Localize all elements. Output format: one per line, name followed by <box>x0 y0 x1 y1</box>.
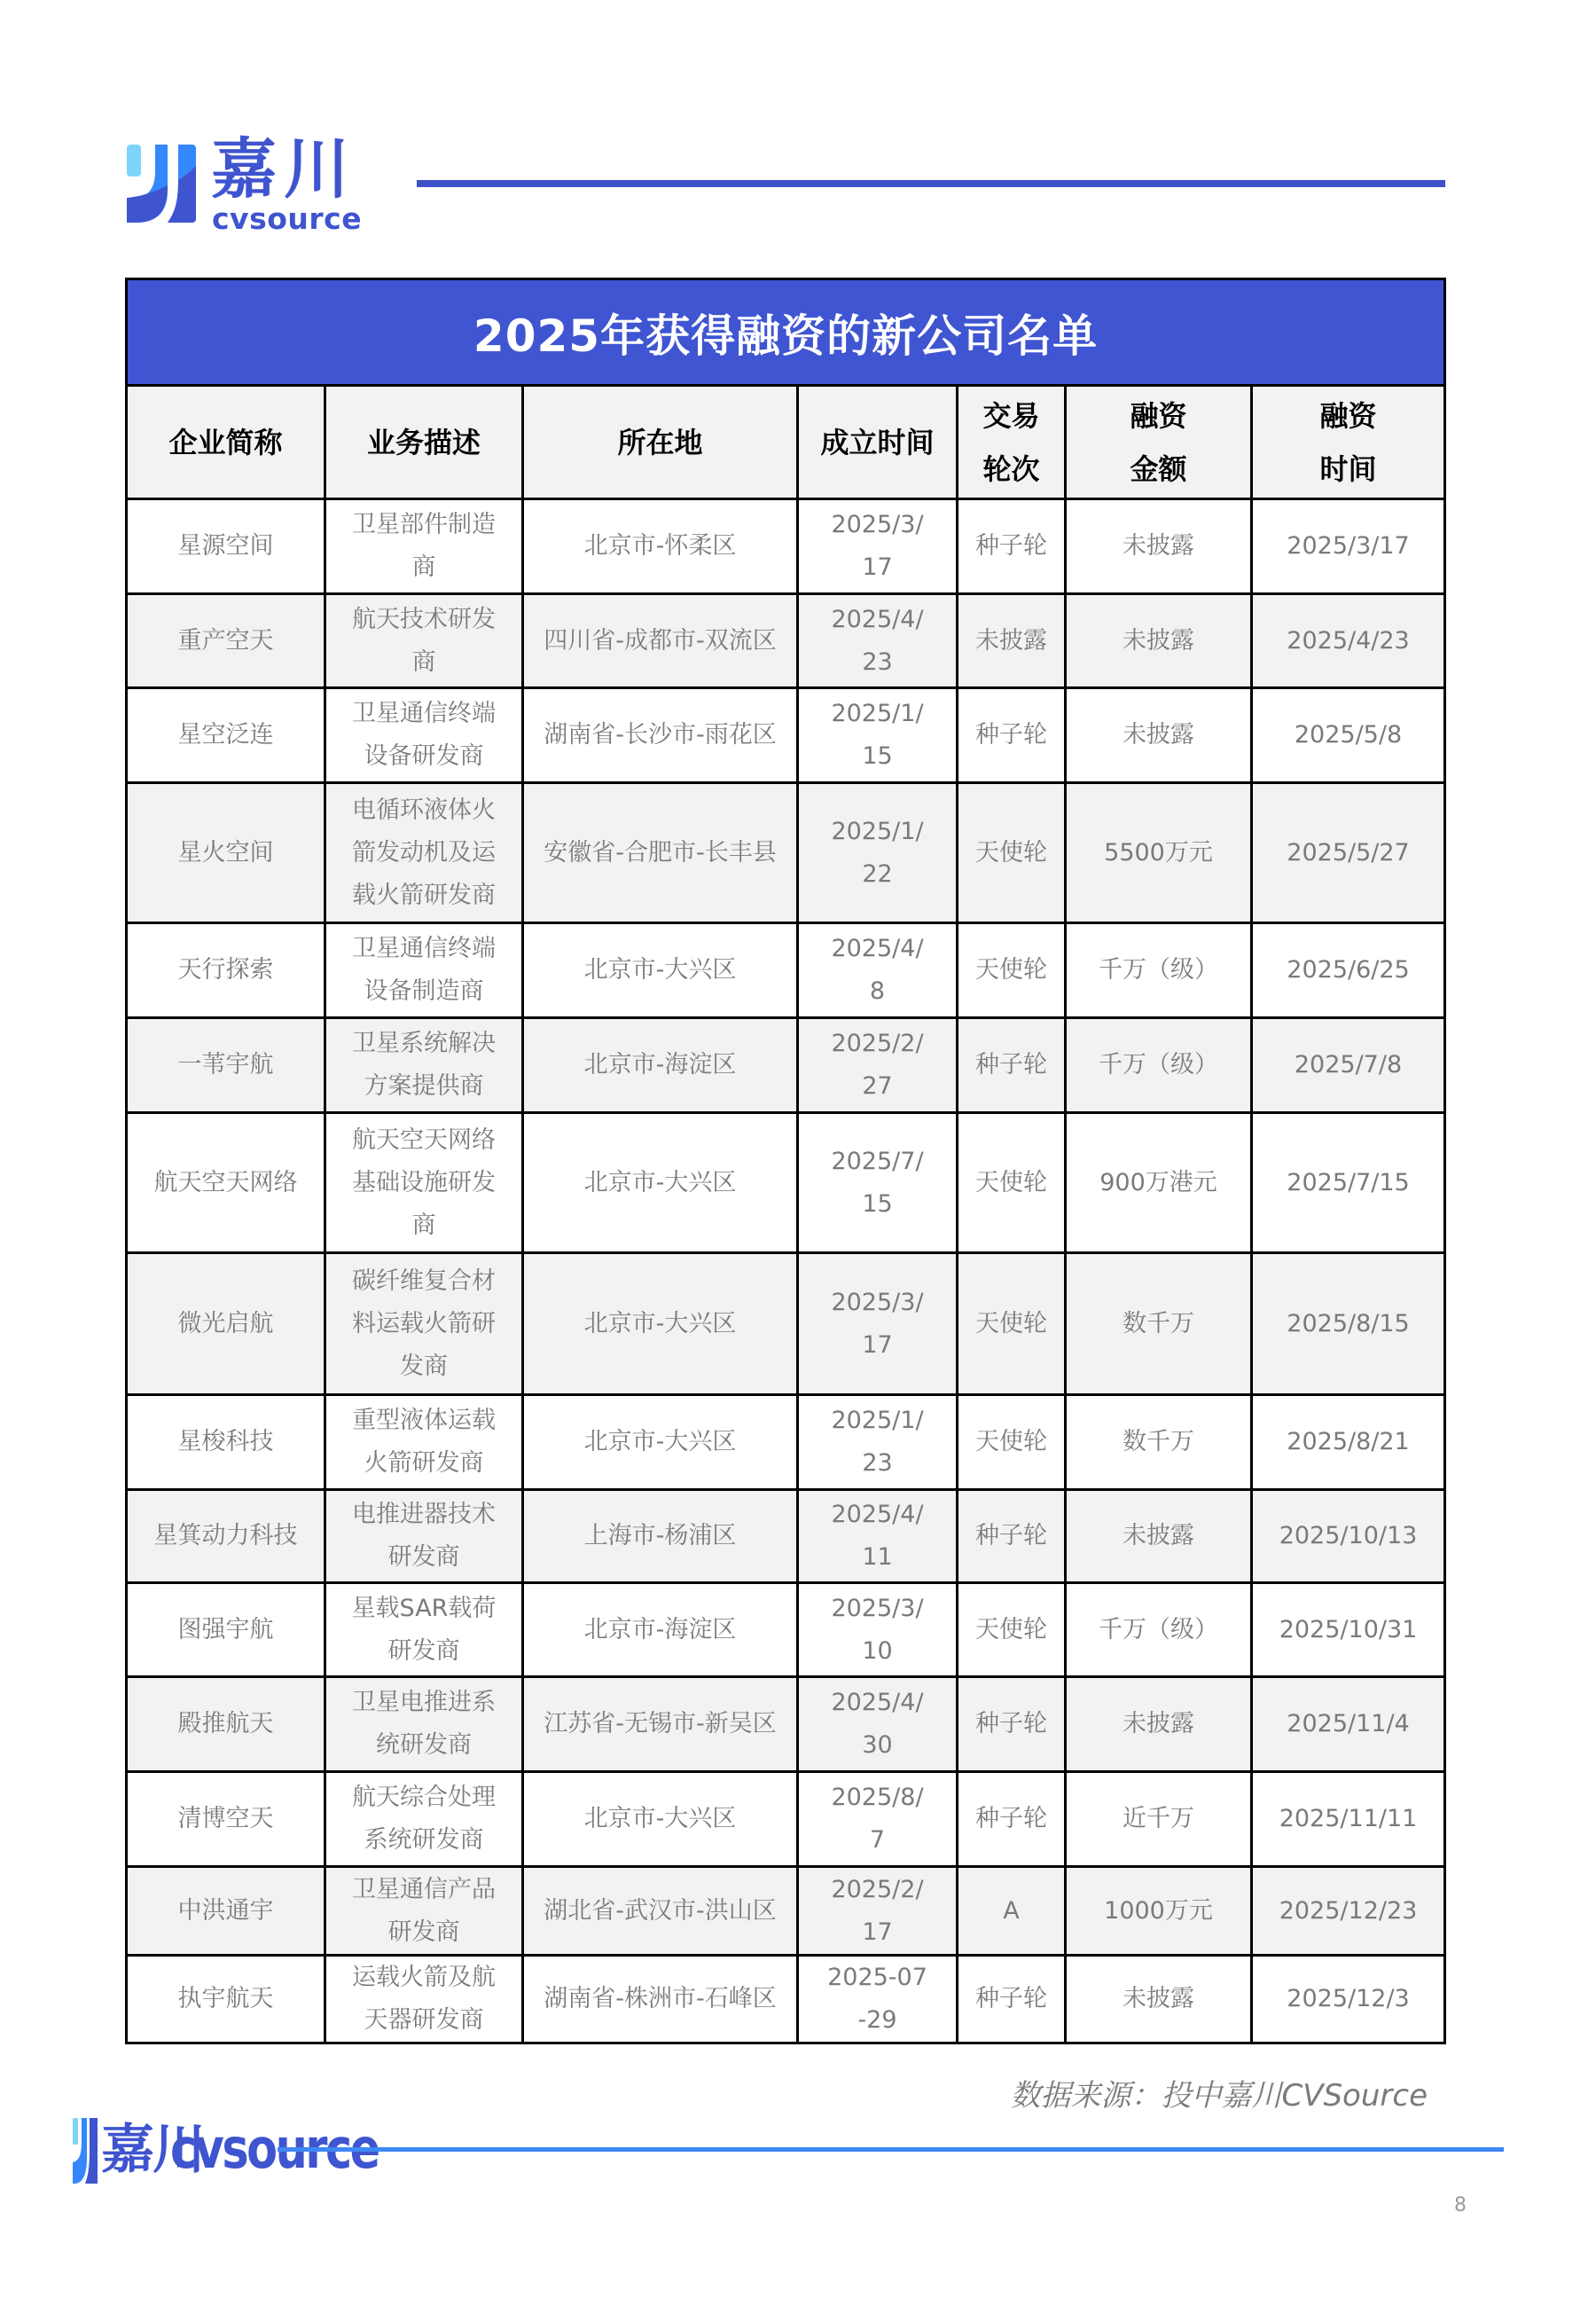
data-source-note: 数据来源：投中嘉川CVSource <box>1010 2071 1428 2114</box>
cvsource-logo-icon <box>127 145 196 223</box>
col-header-company: 企业简称 <box>127 386 325 499</box>
logo-text-en: cvsource <box>212 204 362 234</box>
cell-founded: 2025/1/15 <box>798 688 958 783</box>
table-row: 星梭科技重型液体运载火箭研发商北京市-大兴区2025/1/23天使轮数千万202… <box>127 1395 1445 1490</box>
cell-amount: 未披露 <box>1066 1956 1252 2043</box>
cell-location: 北京市-海淀区 <box>523 1018 798 1113</box>
cell-description: 电推进器技术研发商 <box>325 1490 523 1583</box>
cell-founded: 2025/2/17 <box>798 1867 958 1956</box>
cell-company: 重产空天 <box>127 594 325 688</box>
cell-description: 卫星通信终端设备研发商 <box>325 688 523 783</box>
cell-company: 星箕动力科技 <box>127 1490 325 1583</box>
cell-amount: 千万（级） <box>1066 1018 1252 1113</box>
cell-round: 天使轮 <box>958 1113 1066 1253</box>
cell-funding-date: 2025/11/4 <box>1252 1677 1445 1772</box>
cell-location: 北京市-大兴区 <box>523 1395 798 1490</box>
cell-funding-date: 2025/6/25 <box>1252 923 1445 1018</box>
table-row: 航天空天网络航天空天网络基础设施研发商北京市-大兴区2025/7/15天使轮90… <box>127 1113 1445 1253</box>
cell-funding-date: 2025/8/21 <box>1252 1395 1445 1490</box>
cell-company: 星梭科技 <box>127 1395 325 1490</box>
cell-founded: 2025/3/17 <box>798 499 958 594</box>
cell-location: 北京市-怀柔区 <box>523 499 798 594</box>
cell-amount: 数千万 <box>1066 1395 1252 1490</box>
cell-round: 天使轮 <box>958 923 1066 1018</box>
cell-funding-date: 2025/3/17 <box>1252 499 1445 594</box>
cell-company: 微光启航 <box>127 1253 325 1395</box>
cell-funding-date: 2025/4/23 <box>1252 594 1445 688</box>
cell-amount: 未披露 <box>1066 1677 1252 1772</box>
table-row: 星空泛连卫星通信终端设备研发商湖南省-长沙市-雨花区2025/1/15种子轮未披… <box>127 688 1445 783</box>
cell-round: 天使轮 <box>958 1583 1066 1677</box>
cell-description: 航天空天网络基础设施研发商 <box>325 1113 523 1253</box>
cell-funding-date: 2025/10/13 <box>1252 1490 1445 1583</box>
col-header-date: 融资 时间 <box>1252 386 1445 499</box>
cell-funding-date: 2025/10/31 <box>1252 1583 1445 1677</box>
cell-location: 四川省-成都市-双流区 <box>523 594 798 688</box>
cell-location: 湖北省-武汉市-洪山区 <box>523 1867 798 1956</box>
cell-description: 卫星通信终端设备制造商 <box>325 923 523 1018</box>
cell-company: 图强宇航 <box>127 1583 325 1677</box>
cell-amount: 数千万 <box>1066 1253 1252 1395</box>
cell-amount: 未披露 <box>1066 1490 1252 1583</box>
cell-description: 重型液体运载火箭研发商 <box>325 1395 523 1490</box>
cell-round: 天使轮 <box>958 1253 1066 1395</box>
cell-round: 天使轮 <box>958 1395 1066 1490</box>
cell-amount: 千万（级） <box>1066 923 1252 1018</box>
cell-funding-date: 2025/12/3 <box>1252 1956 1445 2043</box>
cell-amount: 未披露 <box>1066 688 1252 783</box>
table-row: 图强宇航星载SAR载荷研发商北京市-海淀区2025/3/10天使轮千万（级）20… <box>127 1583 1445 1677</box>
cell-company: 执宇航天 <box>127 1956 325 2043</box>
cell-round: 种子轮 <box>958 499 1066 594</box>
cell-round: 种子轮 <box>958 1490 1066 1583</box>
table-row: 星火空间电循环液体火箭发动机及运载火箭研发商安徽省-合肥市-长丰县2025/1/… <box>127 783 1445 923</box>
cell-amount: 千万（级） <box>1066 1583 1252 1677</box>
funding-table: 2025年获得融资的新公司名单 企业简称 业务描述 所在地 成立时间 交易 轮次… <box>125 278 1446 2044</box>
cell-founded: 2025-07-29 <box>798 1956 958 2043</box>
cell-company: 天行探索 <box>127 923 325 1018</box>
cell-company: 航天空天网络 <box>127 1113 325 1253</box>
header-divider <box>417 180 1445 187</box>
cell-founded: 2025/4/30 <box>798 1677 958 1772</box>
cell-amount: 900万港元 <box>1066 1113 1252 1253</box>
cell-description: 星载SAR载荷研发商 <box>325 1583 523 1677</box>
cell-description: 航天综合处理系统研发商 <box>325 1772 523 1867</box>
cell-company: 一苇宇航 <box>127 1018 325 1113</box>
col-header-location: 所在地 <box>523 386 798 499</box>
cell-funding-date: 2025/8/15 <box>1252 1253 1445 1395</box>
cell-founded: 2025/8/7 <box>798 1772 958 1867</box>
cell-amount: 1000万元 <box>1066 1867 1252 1956</box>
table-row: 中洪通宇卫星通信产品研发商湖北省-武汉市-洪山区2025/2/17A1000万元… <box>127 1867 1445 1956</box>
table-row: 殿推航天卫星电推进系统研发商江苏省-无锡市-新吴区2025/4/30种子轮未披露… <box>127 1677 1445 1772</box>
table-row: 清博空天航天综合处理系统研发商北京市-大兴区2025/8/7种子轮近千万2025… <box>127 1772 1445 1867</box>
col-header-founded: 成立时间 <box>798 386 958 499</box>
cell-company: 星源空间 <box>127 499 325 594</box>
cell-funding-date: 2025/7/15 <box>1252 1113 1445 1253</box>
cell-funding-date: 2025/7/8 <box>1252 1018 1445 1113</box>
cell-description: 运载火箭及航天器研发商 <box>325 1956 523 2043</box>
cell-round: 种子轮 <box>958 1956 1066 2043</box>
page-number: 8 <box>1454 2194 1467 2216</box>
cell-location: 北京市-大兴区 <box>523 1772 798 1867</box>
cell-amount: 未披露 <box>1066 594 1252 688</box>
cell-location: 江苏省-无锡市-新吴区 <box>523 1677 798 1772</box>
cell-founded: 2025/2/27 <box>798 1018 958 1113</box>
cell-founded: 2025/4/8 <box>798 923 958 1018</box>
cell-location: 北京市-大兴区 <box>523 1253 798 1395</box>
cell-amount: 未披露 <box>1066 499 1252 594</box>
cell-company: 星空泛连 <box>127 688 325 783</box>
cell-description: 航天技术研发商 <box>325 594 523 688</box>
cvsource-logo-icon <box>73 2118 98 2184</box>
cell-round: 种子轮 <box>958 1018 1066 1113</box>
logo-text-cn: 嘉川 <box>211 133 356 206</box>
table-title: 2025年获得融资的新公司名单 <box>127 279 1445 386</box>
cell-amount: 近千万 <box>1066 1772 1252 1867</box>
cell-company: 清博空天 <box>127 1772 325 1867</box>
cell-company: 星火空间 <box>127 783 325 923</box>
cell-description: 卫星通信产品研发商 <box>325 1867 523 1956</box>
table-row: 重产空天航天技术研发商四川省-成都市-双流区2025/4/23未披露未披露202… <box>127 594 1445 688</box>
footer-divider <box>278 2147 1504 2152</box>
cell-round: A <box>958 1867 1066 1956</box>
cell-round: 种子轮 <box>958 1772 1066 1867</box>
cell-description: 卫星系统解决方案提供商 <box>325 1018 523 1113</box>
cell-amount: 5500万元 <box>1066 783 1252 923</box>
table-row: 执宇航天运载火箭及航天器研发商湖南省-株洲市-石峰区2025-07-29种子轮未… <box>127 1956 1445 2043</box>
table-row: 星源空间卫星部件制造商北京市-怀柔区2025/3/17种子轮未披露2025/3/… <box>127 499 1445 594</box>
cell-location: 上海市-杨浦区 <box>523 1490 798 1583</box>
cell-location: 湖南省-长沙市-雨花区 <box>523 688 798 783</box>
cell-founded: 2025/1/23 <box>798 1395 958 1490</box>
cell-funding-date: 2025/5/8 <box>1252 688 1445 783</box>
cell-founded: 2025/1/22 <box>798 783 958 923</box>
cell-founded: 2025/7/15 <box>798 1113 958 1253</box>
cell-round: 天使轮 <box>958 783 1066 923</box>
table-row: 天行探索卫星通信终端设备制造商北京市-大兴区2025/4/8天使轮千万（级）20… <box>127 923 1445 1018</box>
col-header-amount: 融资 金额 <box>1066 386 1252 499</box>
cell-founded: 2025/4/11 <box>798 1490 958 1583</box>
cell-location: 北京市-大兴区 <box>523 1113 798 1253</box>
cell-location: 北京市-海淀区 <box>523 1583 798 1677</box>
table-row: 星箕动力科技电推进器技术研发商上海市-杨浦区2025/4/11种子轮未披露202… <box>127 1490 1445 1583</box>
cell-location: 安徽省-合肥市-长丰县 <box>523 783 798 923</box>
cell-location: 湖南省-株洲市-石峰区 <box>523 1956 798 2043</box>
header-logo: 嘉川 cvsource <box>127 133 393 231</box>
cell-founded: 2025/3/10 <box>798 1583 958 1677</box>
table-row: 一苇宇航卫星系统解决方案提供商北京市-海淀区2025/2/27种子轮千万（级）2… <box>127 1018 1445 1113</box>
col-header-round: 交易 轮次 <box>958 386 1066 499</box>
cell-company: 殿推航天 <box>127 1677 325 1772</box>
cell-funding-date: 2025/12/23 <box>1252 1867 1445 1956</box>
cell-round: 种子轮 <box>958 1677 1066 1772</box>
cell-company: 中洪通宇 <box>127 1867 325 1956</box>
cell-description: 电循环液体火箭发动机及运载火箭研发商 <box>325 783 523 923</box>
cell-founded: 2025/4/23 <box>798 594 958 688</box>
cell-location: 北京市-大兴区 <box>523 923 798 1018</box>
cell-funding-date: 2025/11/11 <box>1252 1772 1445 1867</box>
cell-round: 种子轮 <box>958 688 1066 783</box>
cell-description: 碳纤维复合材料运载火箭研发商 <box>325 1253 523 1395</box>
col-header-description: 业务描述 <box>325 386 523 499</box>
cell-round: 未披露 <box>958 594 1066 688</box>
cell-description: 卫星电推进系统研发商 <box>325 1677 523 1772</box>
column-header-row: 企业简称 业务描述 所在地 成立时间 交易 轮次 融资 金额 融资 时间 <box>127 386 1445 499</box>
cell-founded: 2025/3/17 <box>798 1253 958 1395</box>
table-row: 微光启航碳纤维复合材料运载火箭研发商北京市-大兴区2025/3/17天使轮数千万… <box>127 1253 1445 1395</box>
cell-funding-date: 2025/5/27 <box>1252 783 1445 923</box>
cell-description: 卫星部件制造商 <box>325 499 523 594</box>
